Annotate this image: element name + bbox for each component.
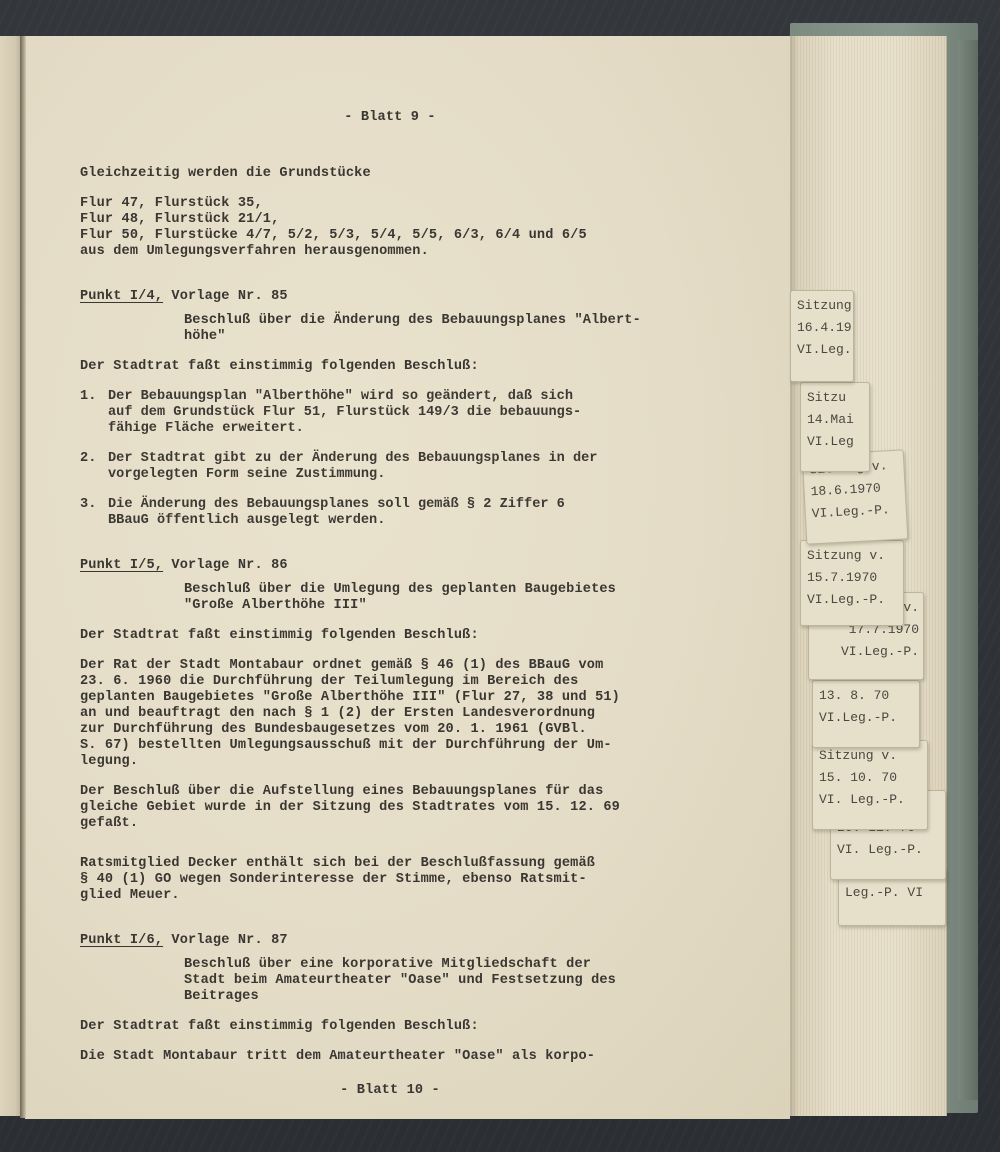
paragraph-line: Der Beschluß über die Aufstellung eines … xyxy=(80,784,603,800)
tab-text: VI.Leg xyxy=(807,434,854,449)
page-header: - Blatt 9 - xyxy=(40,110,740,126)
item-vorlage: Vorlage Nr. 86 xyxy=(171,558,287,573)
paragraph-line: S. 67) bestellten Umlegungsausschuß mit … xyxy=(80,738,612,754)
tab-text: VI. Leg.-P. xyxy=(819,792,905,807)
intro-line: aus dem Umlegungsverfahren herausgenomme… xyxy=(80,244,429,260)
item-heading: Punkt I/4, Vorlage Nr. 85 xyxy=(80,289,288,305)
point-number: 3. xyxy=(80,497,97,513)
tab-text: 14.Mai xyxy=(807,412,854,427)
paragraph-line: legung. xyxy=(80,754,138,770)
facing-page-edge xyxy=(0,36,22,1116)
item-subject: höhe" xyxy=(184,329,226,345)
paragraph-line: gefaßt. xyxy=(80,816,138,832)
index-tab[interactable]: Sitzung v.15. 10. 70VI. Leg.-P. xyxy=(812,740,928,830)
paragraph-line: an und beauftragt den nach § 1 (2) der E… xyxy=(80,706,595,722)
index-tab[interactable]: Sitzu14.MaiVI.Leg xyxy=(800,382,870,472)
item-label: Punkt I/4, xyxy=(80,289,163,304)
index-tab[interactable]: 13. 8. 70VI.Leg.-P. xyxy=(812,680,920,748)
tab-text: VI.Leg.-P. xyxy=(819,710,897,725)
intro-lead: Gleichzeitig werden die Grundstücke xyxy=(80,166,371,182)
binder-spine-edge xyxy=(958,40,978,1100)
tab-text: 16.4.19 xyxy=(797,320,852,335)
item-heading: Punkt I/5, Vorlage Nr. 86 xyxy=(80,558,288,574)
tab-text: Sitzung xyxy=(797,298,852,313)
tab-text: VI. Leg.-P. xyxy=(837,842,923,857)
item-vorlage: Vorlage Nr. 87 xyxy=(171,933,287,948)
item-label: Punkt I/5, xyxy=(80,558,163,573)
item-subject: Beitrages xyxy=(184,989,259,1005)
point-number: 1. xyxy=(80,389,97,405)
tab-text: Leg.-P. VI xyxy=(845,885,923,900)
point-text: vorgelegten Form seine Zustimmung. xyxy=(108,467,385,483)
item-subject: Beschluß über eine korporative Mitglieds… xyxy=(184,957,591,973)
index-tab[interactable]: Sitzung v.15.7.1970VI.Leg.-P. xyxy=(800,540,904,626)
point-text: auf dem Grundstück Flur 51, Flurstück 14… xyxy=(108,405,581,421)
tab-text: Sitzung v. xyxy=(819,748,897,763)
resolution-intro: Der Stadtrat faßt einstimmig folgenden B… xyxy=(80,1019,479,1035)
tab-text: VI.Leg.-P. xyxy=(807,592,885,607)
item-label: Punkt I/6, xyxy=(80,933,163,948)
point-text: BBauG öffentlich ausgelegt werden. xyxy=(108,513,385,529)
page-footer: - Blatt 10 - xyxy=(40,1083,740,1099)
item-subject: Beschluß über die Änderung des Bebauungs… xyxy=(184,313,641,329)
item-subject: "Große Alberthöhe III" xyxy=(184,598,367,614)
intro-line: Flur 47, Flurstück 35, xyxy=(80,196,263,212)
tab-text: VI.Leg.- xyxy=(797,342,854,357)
resolution-intro: Der Stadtrat faßt einstimmig folgenden B… xyxy=(80,628,479,644)
tab-text: Sitzu xyxy=(807,390,846,405)
paragraph-line: zur Durchführung des Bundesbaugesetzes v… xyxy=(80,722,587,738)
item-heading: Punkt I/6, Vorlage Nr. 87 xyxy=(80,933,288,949)
item-subject: Stadt beim Amateurtheater "Oase" und Fes… xyxy=(184,973,616,989)
paragraph-line: Der Rat der Stadt Montabaur ordnet gemäß… xyxy=(80,658,603,674)
item-subject: Beschluß über die Umlegung des geplanten… xyxy=(184,582,616,598)
book-gutter xyxy=(20,36,26,1118)
tab-text: VI.Leg.-P. xyxy=(841,644,919,659)
point-text: Der Bebauungsplan "Alberthöhe" wird so g… xyxy=(108,389,573,405)
point-text: Der Stadtrat gibt zu der Änderung des Be… xyxy=(108,451,597,467)
paragraph-line: 23. 6. 1960 die Durchführung der Teiluml… xyxy=(80,674,578,690)
intro-line: Flur 50, Flurstücke 4/7, 5/2, 5/3, 5/4, … xyxy=(80,228,587,244)
tab-text: 15. 10. 70 xyxy=(819,770,897,785)
paragraph-line: glied Meuer. xyxy=(80,888,180,904)
paragraph-line: Ratsmitglied Decker enthält sich bei der… xyxy=(80,856,595,872)
tab-text: VI.Leg.-P. xyxy=(811,502,890,521)
tab-text: Sitzung v. xyxy=(807,548,885,563)
point-text: fähige Fläche erweitert. xyxy=(108,421,304,437)
paragraph-line: § 40 (1) GO wegen Sonderinteresse der St… xyxy=(80,872,587,888)
item-vorlage: Vorlage Nr. 85 xyxy=(171,289,287,304)
index-tab[interactable]: Sitzung16.4.19VI.Leg.- xyxy=(790,290,854,382)
tab-text: 18.6.1970 xyxy=(810,481,881,500)
intro-line: Flur 48, Flurstück 21/1, xyxy=(80,212,279,228)
tab-text: v. xyxy=(903,600,919,615)
paragraph-line: geplanten Baugebietes "Große Alberthöhe … xyxy=(80,690,620,706)
tab-text: 13. 8. 70 xyxy=(819,688,889,703)
point-text: Die Änderung des Bebauungsplanes soll ge… xyxy=(108,497,565,513)
paragraph-line: gleiche Gebiet wurde in der Sitzung des … xyxy=(80,800,620,816)
paragraph-line: Die Stadt Montabaur tritt dem Amateurthe… xyxy=(80,1049,595,1065)
tab-text: 15.7.1970 xyxy=(807,570,877,585)
resolution-intro: Der Stadtrat faßt einstimmig folgenden B… xyxy=(80,359,479,375)
point-number: 2. xyxy=(80,451,97,467)
